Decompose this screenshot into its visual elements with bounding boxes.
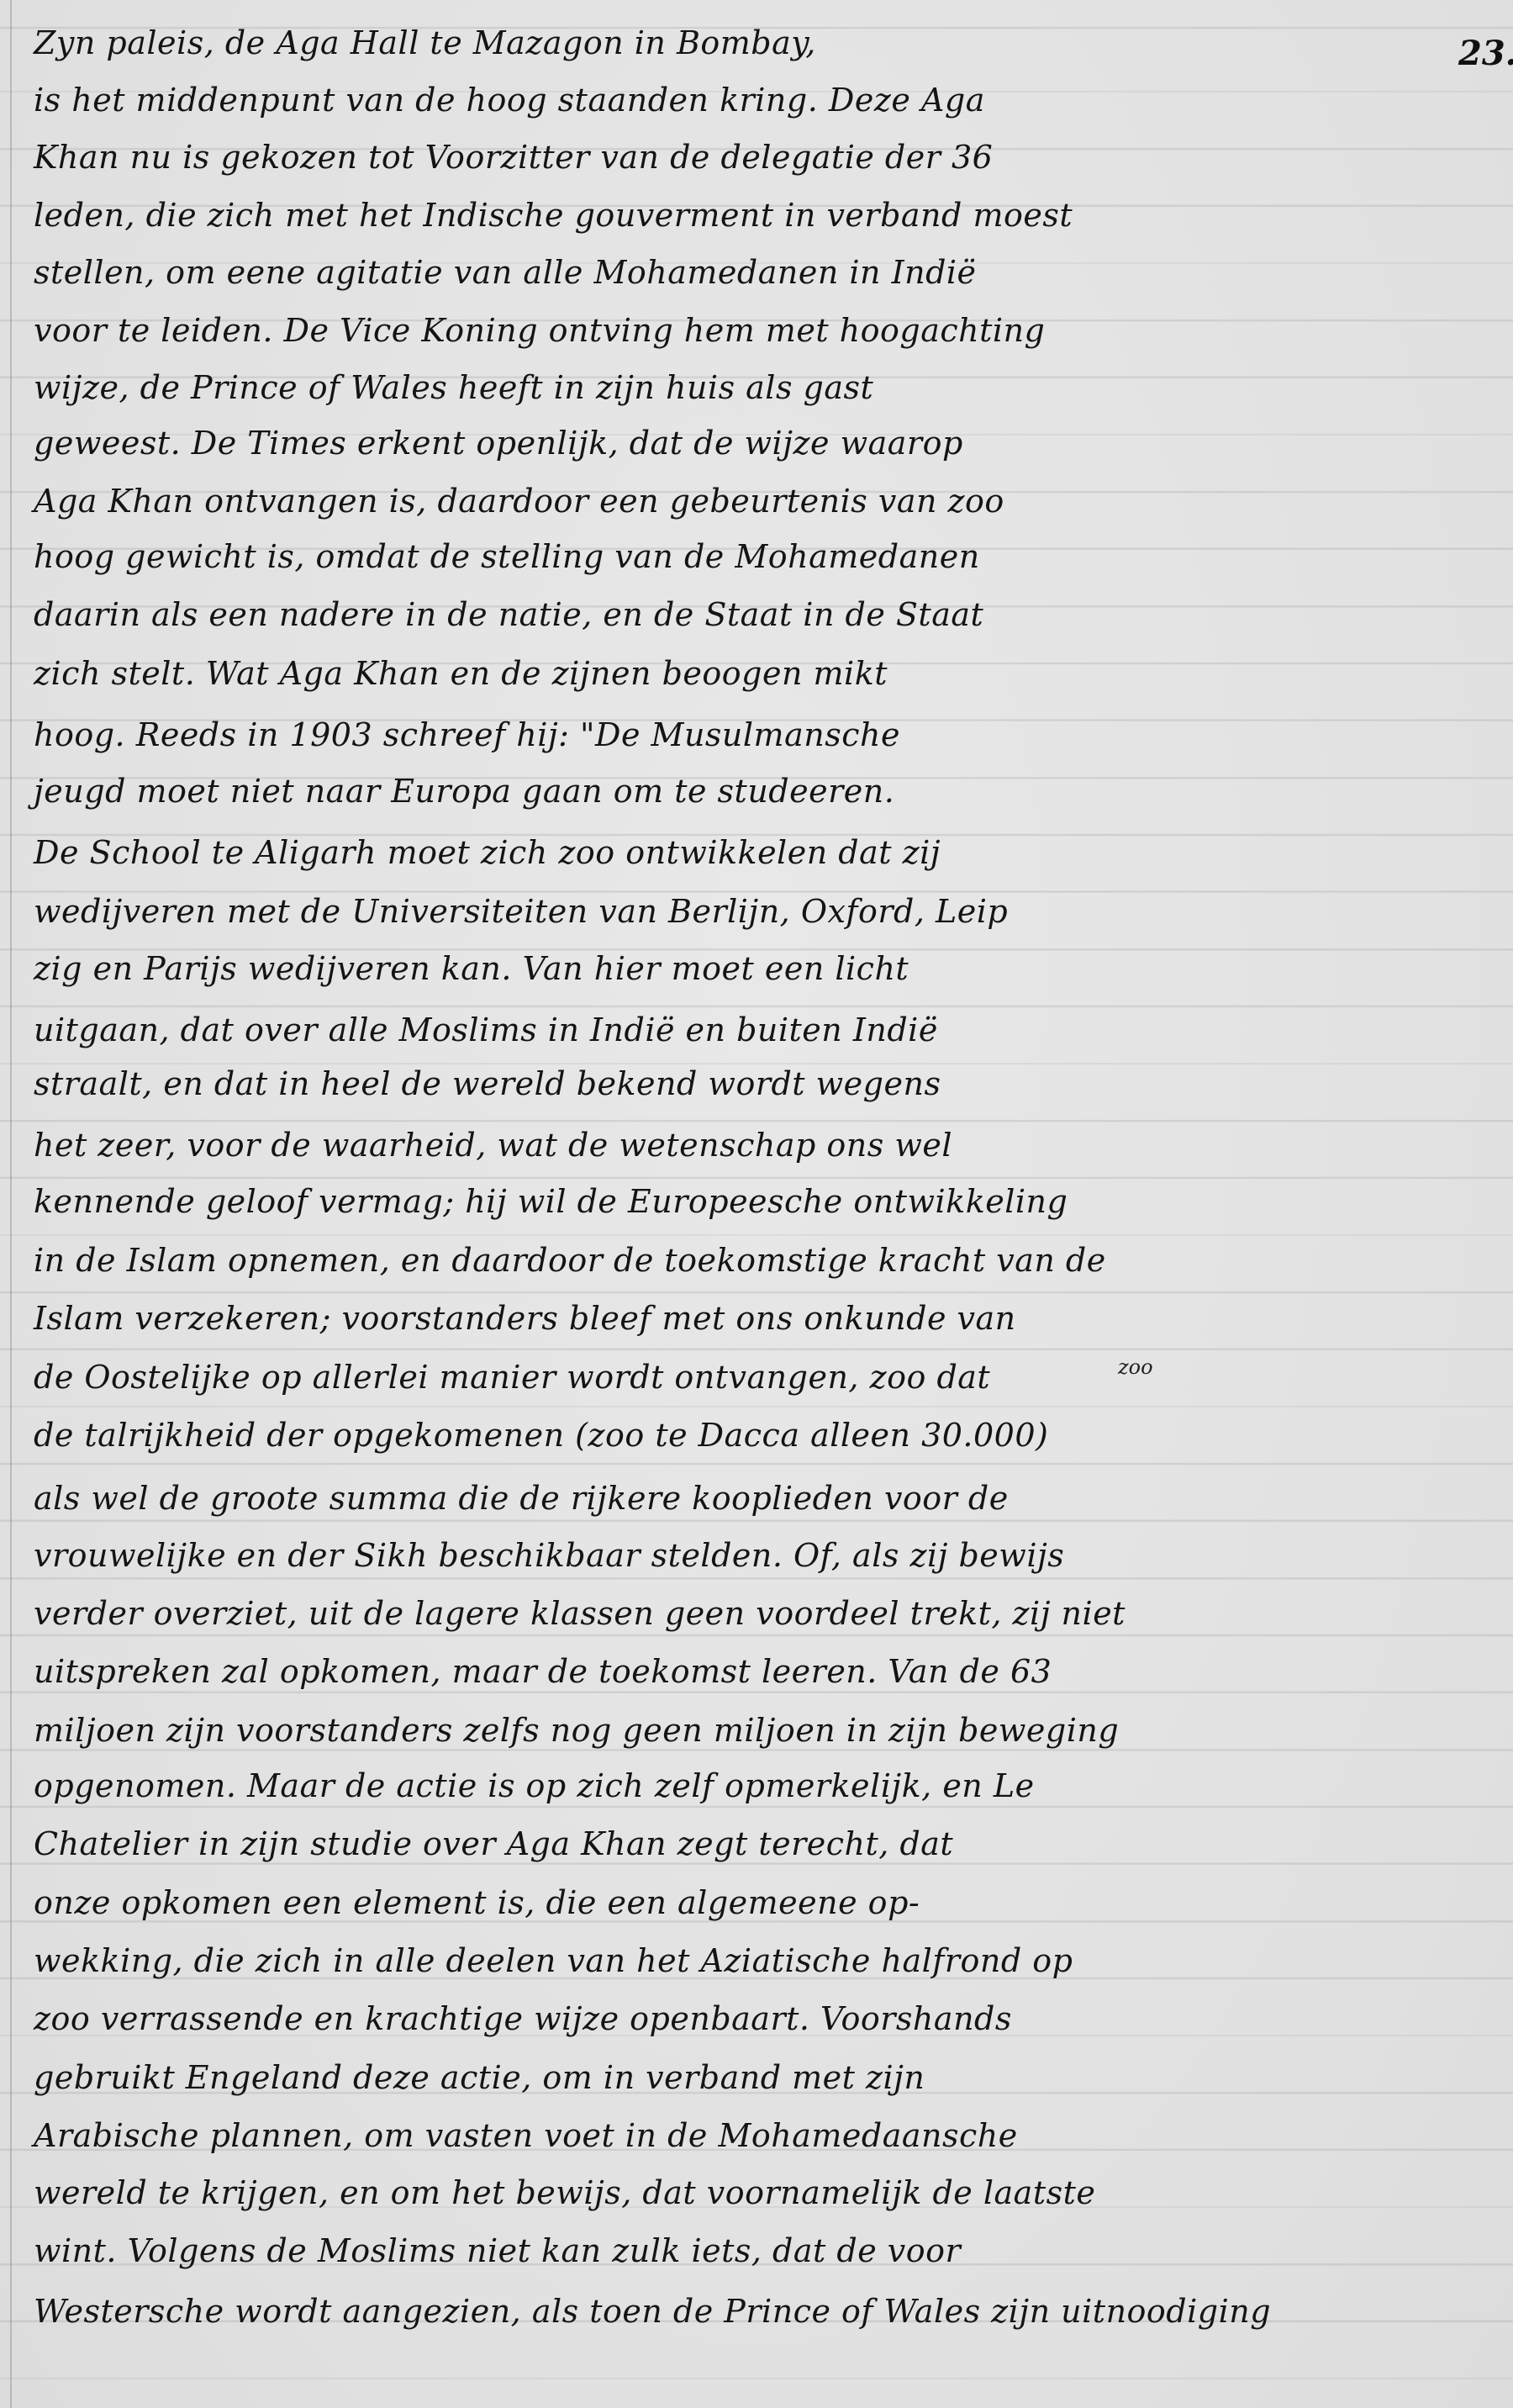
handwritten-line: kennende geloof vermag; hij wil de Europ… <box>34 1183 1068 1220</box>
handwritten-line: het zeer, voor de waarheid, wat de weten… <box>34 1127 952 1164</box>
handwritten-line: onze opkomen een element is, die een alg… <box>34 1884 920 1921</box>
handwritten-line: De School te Aligarh moet zich zoo ontwi… <box>34 834 941 871</box>
handwritten-line: wint. Volgens de Moslims niet kan zulk i… <box>34 2232 961 2269</box>
handwritten-line: uitspreken zal opkomen, maar de toekomst… <box>34 1653 1052 1690</box>
handwritten-line: Islam verzekeren; voorstanders bleef met… <box>34 1300 1016 1337</box>
handwritten-line: straalt, en dat in heel de wereld bekend… <box>34 1065 941 1102</box>
handwritten-line: als wel de groote summa die de rijkere k… <box>34 1480 1009 1517</box>
handwritten-line: wekking, die zich in alle deelen van het… <box>34 1942 1073 1979</box>
handwritten-line: is het middenpunt van de hoog staanden k… <box>34 82 985 119</box>
handwritten-line: Aga Khan ontvangen is, daardoor een gebe… <box>34 483 1004 520</box>
interlinear-insertion: zoo <box>1118 1355 1153 1379</box>
handwritten-line: uitgaan, dat over alle Moslims in Indië … <box>34 1011 938 1048</box>
handwritten-line: opgenomen. Maar de actie is op zich zelf… <box>34 1767 1035 1804</box>
handwritten-line: geweest. De Times erkent openlijk, dat d… <box>34 425 963 462</box>
handwritten-line: daarin als een nadere in de natie, en de… <box>34 596 983 633</box>
handwritten-line: hoog gewicht is, omdat de stelling van d… <box>34 538 980 575</box>
page-number: 23. <box>1458 34 1513 73</box>
handwritten-line: zich stelt. Wat Aga Khan en de zijnen be… <box>34 655 888 692</box>
handwritten-line: wereld te krijgen, en om het bewijs, dat… <box>34 2174 1095 2211</box>
handwritten-line: gebruikt Engeland deze actie, om in verb… <box>34 2059 925 2096</box>
handwritten-line: stellen, om eene agitatie van alle Moham… <box>34 254 977 291</box>
margin-rule <box>10 0 12 2408</box>
handwritten-line: leden, die zich met het Indische gouverm… <box>34 197 1073 234</box>
handwritten-line: verder overziet, uit de lagere klassen g… <box>34 1595 1126 1632</box>
handwritten-line: zig en Parijs wedijveren kan. Van hier m… <box>34 950 909 987</box>
handwritten-line: Chatelier in zijn studie over Aga Khan z… <box>34 1825 953 1862</box>
handwritten-line: zoo verrassende en krachtige wijze openb… <box>34 2000 1012 2037</box>
handwritten-line: Westersche wordt aangezien, als toen de … <box>34 2293 1271 2330</box>
manuscript-page: 23. Zyn paleis, de Aga Hall te Mazagon i… <box>0 0 1513 2408</box>
handwritten-line: voor te leiden. De Vice Koning ontving h… <box>34 312 1045 349</box>
handwritten-line: de talrijkheid der opgekomenen (zoo te D… <box>34 1417 1048 1454</box>
handwritten-line: in de Islam opnemen, en daardoor de toek… <box>34 1242 1106 1279</box>
handwritten-line: de Oostelijke op allerlei manier wordt o… <box>34 1359 990 1396</box>
handwritten-line: vrouwelijke en der Sikh beschikbaar stel… <box>34 1537 1064 1574</box>
handwritten-line: miljoen zijn voorstanders zelfs nog geen… <box>34 1712 1119 1749</box>
handwritten-line: jeugd moet niet naar Europa gaan om te s… <box>34 773 894 810</box>
handwritten-line: Zyn paleis, de Aga Hall te Mazagon in Bo… <box>34 24 816 61</box>
handwritten-line: wedijveren met de Universiteiten van Ber… <box>34 893 1008 930</box>
handwritten-line: Arabische plannen, om vasten voet in de … <box>34 2117 1018 2154</box>
handwritten-line: Khan nu is gekozen tot Voorzitter van de… <box>34 139 993 176</box>
handwritten-line: hoog. Reeds in 1903 schreef hij: "De Mus… <box>34 716 900 753</box>
handwritten-line: wijze, de Prince of Wales heeft in zijn … <box>34 369 873 406</box>
